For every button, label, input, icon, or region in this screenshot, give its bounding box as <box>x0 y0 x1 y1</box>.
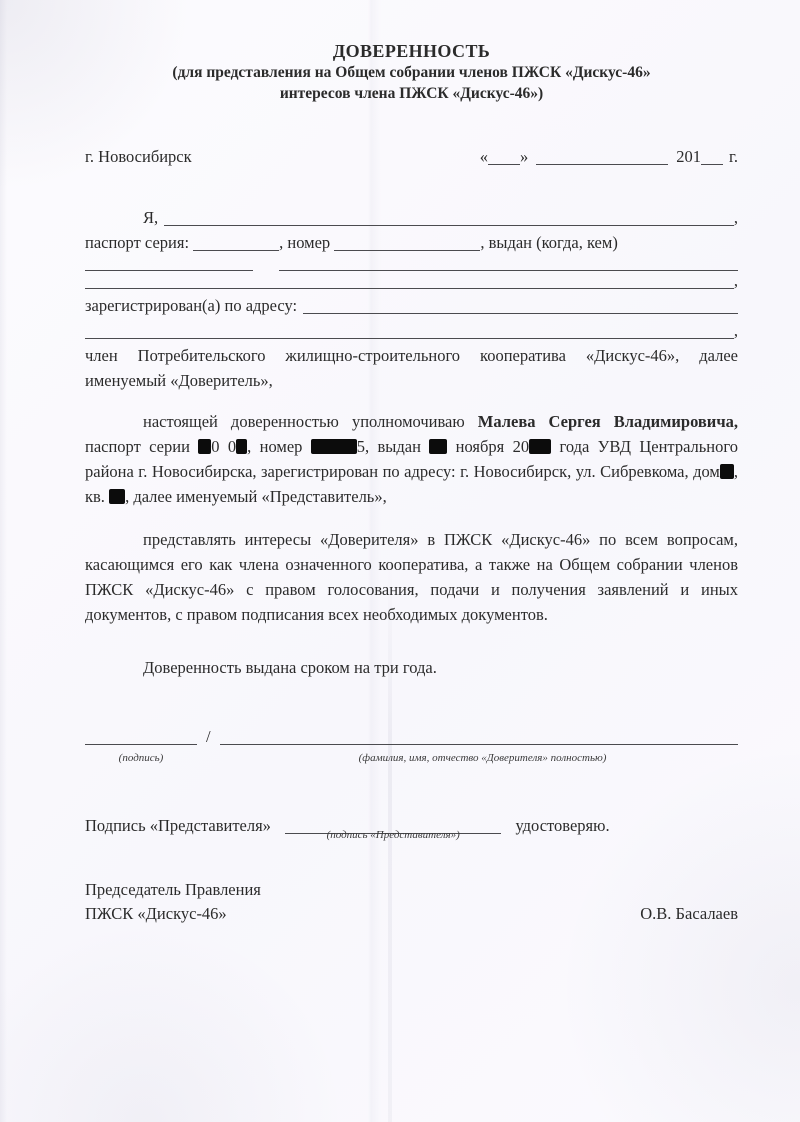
registered-address-blank-b <box>85 326 734 339</box>
passport-series-line: паспорт серия: , номер , выдан (когда, к… <box>85 230 738 255</box>
redaction-box <box>529 439 551 454</box>
document-subtitle-line-2: интересов члена ПЖСК «Дискус-46») <box>85 83 738 104</box>
redaction-box <box>720 464 734 479</box>
representative-signature-suffix: удостоверяю. <box>515 816 609 835</box>
passport-number-label: , номер <box>279 233 330 252</box>
redaction-box <box>109 489 125 504</box>
date-quote-close: » <box>520 144 528 169</box>
grantor-signature-block: / (подпись) (фамилия, имя, отчество «Дов… <box>85 724 738 765</box>
date-year-suffix: г. <box>729 144 738 169</box>
registered-address-line: зарегистрирован(а) по адресу: <box>85 293 738 318</box>
registered-address-blank-a <box>303 301 738 314</box>
date-day-blank <box>488 152 520 165</box>
redaction-box <box>429 439 447 454</box>
passport-fragment: , далее именуемый «Представитель», <box>125 487 387 506</box>
date-year-blank <box>701 152 723 165</box>
issued-by-blank-c <box>85 276 734 289</box>
passport-series-blank <box>193 238 279 251</box>
representative-signature-prefix: Подпись «Представителя» <box>85 816 271 835</box>
passport-issued-label: , выдан (когда, кем) <box>480 233 618 252</box>
authorization-prefix: настоящей доверенностью уполномочиваю <box>143 412 465 431</box>
grantor-details-section: Я, , паспорт серия: , номер , выдан (ког… <box>85 205 738 393</box>
attorney-name: Малева Сергея Владимировича, <box>478 412 738 431</box>
grantor-signature-captions: (подпись) (фамилия, имя, отчество «Довер… <box>85 751 738 765</box>
date-year-prefix: 201 <box>676 144 701 169</box>
trailing-comma: , <box>734 268 738 293</box>
issued-by-blank-a <box>85 258 253 271</box>
registered-address-blank-line: , <box>85 318 738 343</box>
grantor-fullname-blank <box>220 732 738 745</box>
date-quote-open: « <box>480 144 488 169</box>
signature-separator: / <box>197 724 220 749</box>
signature-caption: (подпись) <box>85 751 197 765</box>
city-label: г. Новосибирск <box>85 144 192 169</box>
representative-signature-caption: (подпись «Представителя») <box>327 828 460 842</box>
passport-number-blank <box>334 238 480 251</box>
spacer <box>197 751 227 765</box>
document-title: ДОВЕРЕННОСТЬ <box>85 40 738 62</box>
validity-clause: Доверенность выдана сроком на три года. <box>85 655 738 680</box>
grantor-signature-line: / <box>85 724 738 749</box>
fullname-caption: (фамилия, имя, отчество «Доверителя» пол… <box>227 751 738 765</box>
grantor-name-line: Я, , <box>85 205 738 230</box>
chairman-name: О.В. Басалаев <box>640 902 738 926</box>
passport-fragment: 0 0 <box>211 437 236 456</box>
authorization-paragraph: настоящей доверенностью уполномочиваю Ма… <box>85 409 738 509</box>
grantor-signature-blank <box>85 732 197 745</box>
document-header: ДОВЕРЕННОСТЬ (для представления на Общем… <box>85 40 738 104</box>
i-pronoun-label: Я, <box>143 205 158 230</box>
scanned-document-page: ДОВЕРЕННОСТЬ (для представления на Общем… <box>0 0 800 1122</box>
chairman-title-line-1: Председатель Правления <box>85 878 261 902</box>
document-content: ДОВЕРЕННОСТЬ (для представления на Общем… <box>85 0 738 926</box>
passport-fragment: 5, выдан <box>357 437 421 456</box>
chairman-title-block: Председатель Правления ПЖСК «Дискус-46» <box>85 878 261 926</box>
redaction-box <box>236 439 247 454</box>
date-month-blank <box>536 152 668 165</box>
issued-by-blank-b <box>279 258 738 271</box>
representative-signature-line: Подпись «Представителя» (подпись «Предст… <box>85 813 738 838</box>
chairman-title-line-2: ПЖСК «Дискус-46» <box>85 902 261 926</box>
issued-by-blank-line-1 <box>85 255 738 268</box>
grantor-name-blank <box>164 213 734 226</box>
redaction-box <box>311 439 357 454</box>
passport-fragment: паспорт серии <box>85 437 190 456</box>
trailing-comma: , <box>734 318 738 343</box>
passport-series-label: паспорт серия: <box>85 233 189 252</box>
redaction-box <box>198 439 211 454</box>
trailing-comma: , <box>734 205 738 230</box>
member-clause: член Потребительского жилищно-строительн… <box>85 343 738 393</box>
issued-by-blank-line-2: , <box>85 268 738 293</box>
passport-fragment: ноября 20 <box>456 437 529 456</box>
document-footer: Председатель Правления ПЖСК «Дискус-46» … <box>85 878 738 926</box>
representative-signature-blank-wrap: (подпись «Представителя») <box>285 813 501 838</box>
passport-fragment: , номер <box>247 437 302 456</box>
registered-address-label: зарегистрирован(а) по адресу: <box>85 293 297 318</box>
document-subtitle-line-1: (для представления на Общем собрании чле… <box>85 62 738 83</box>
city-date-line: г. Новосибирск «» 201 г. <box>85 144 738 169</box>
powers-paragraph: представлять интересы «Доверителя» в ПЖС… <box>85 527 738 627</box>
